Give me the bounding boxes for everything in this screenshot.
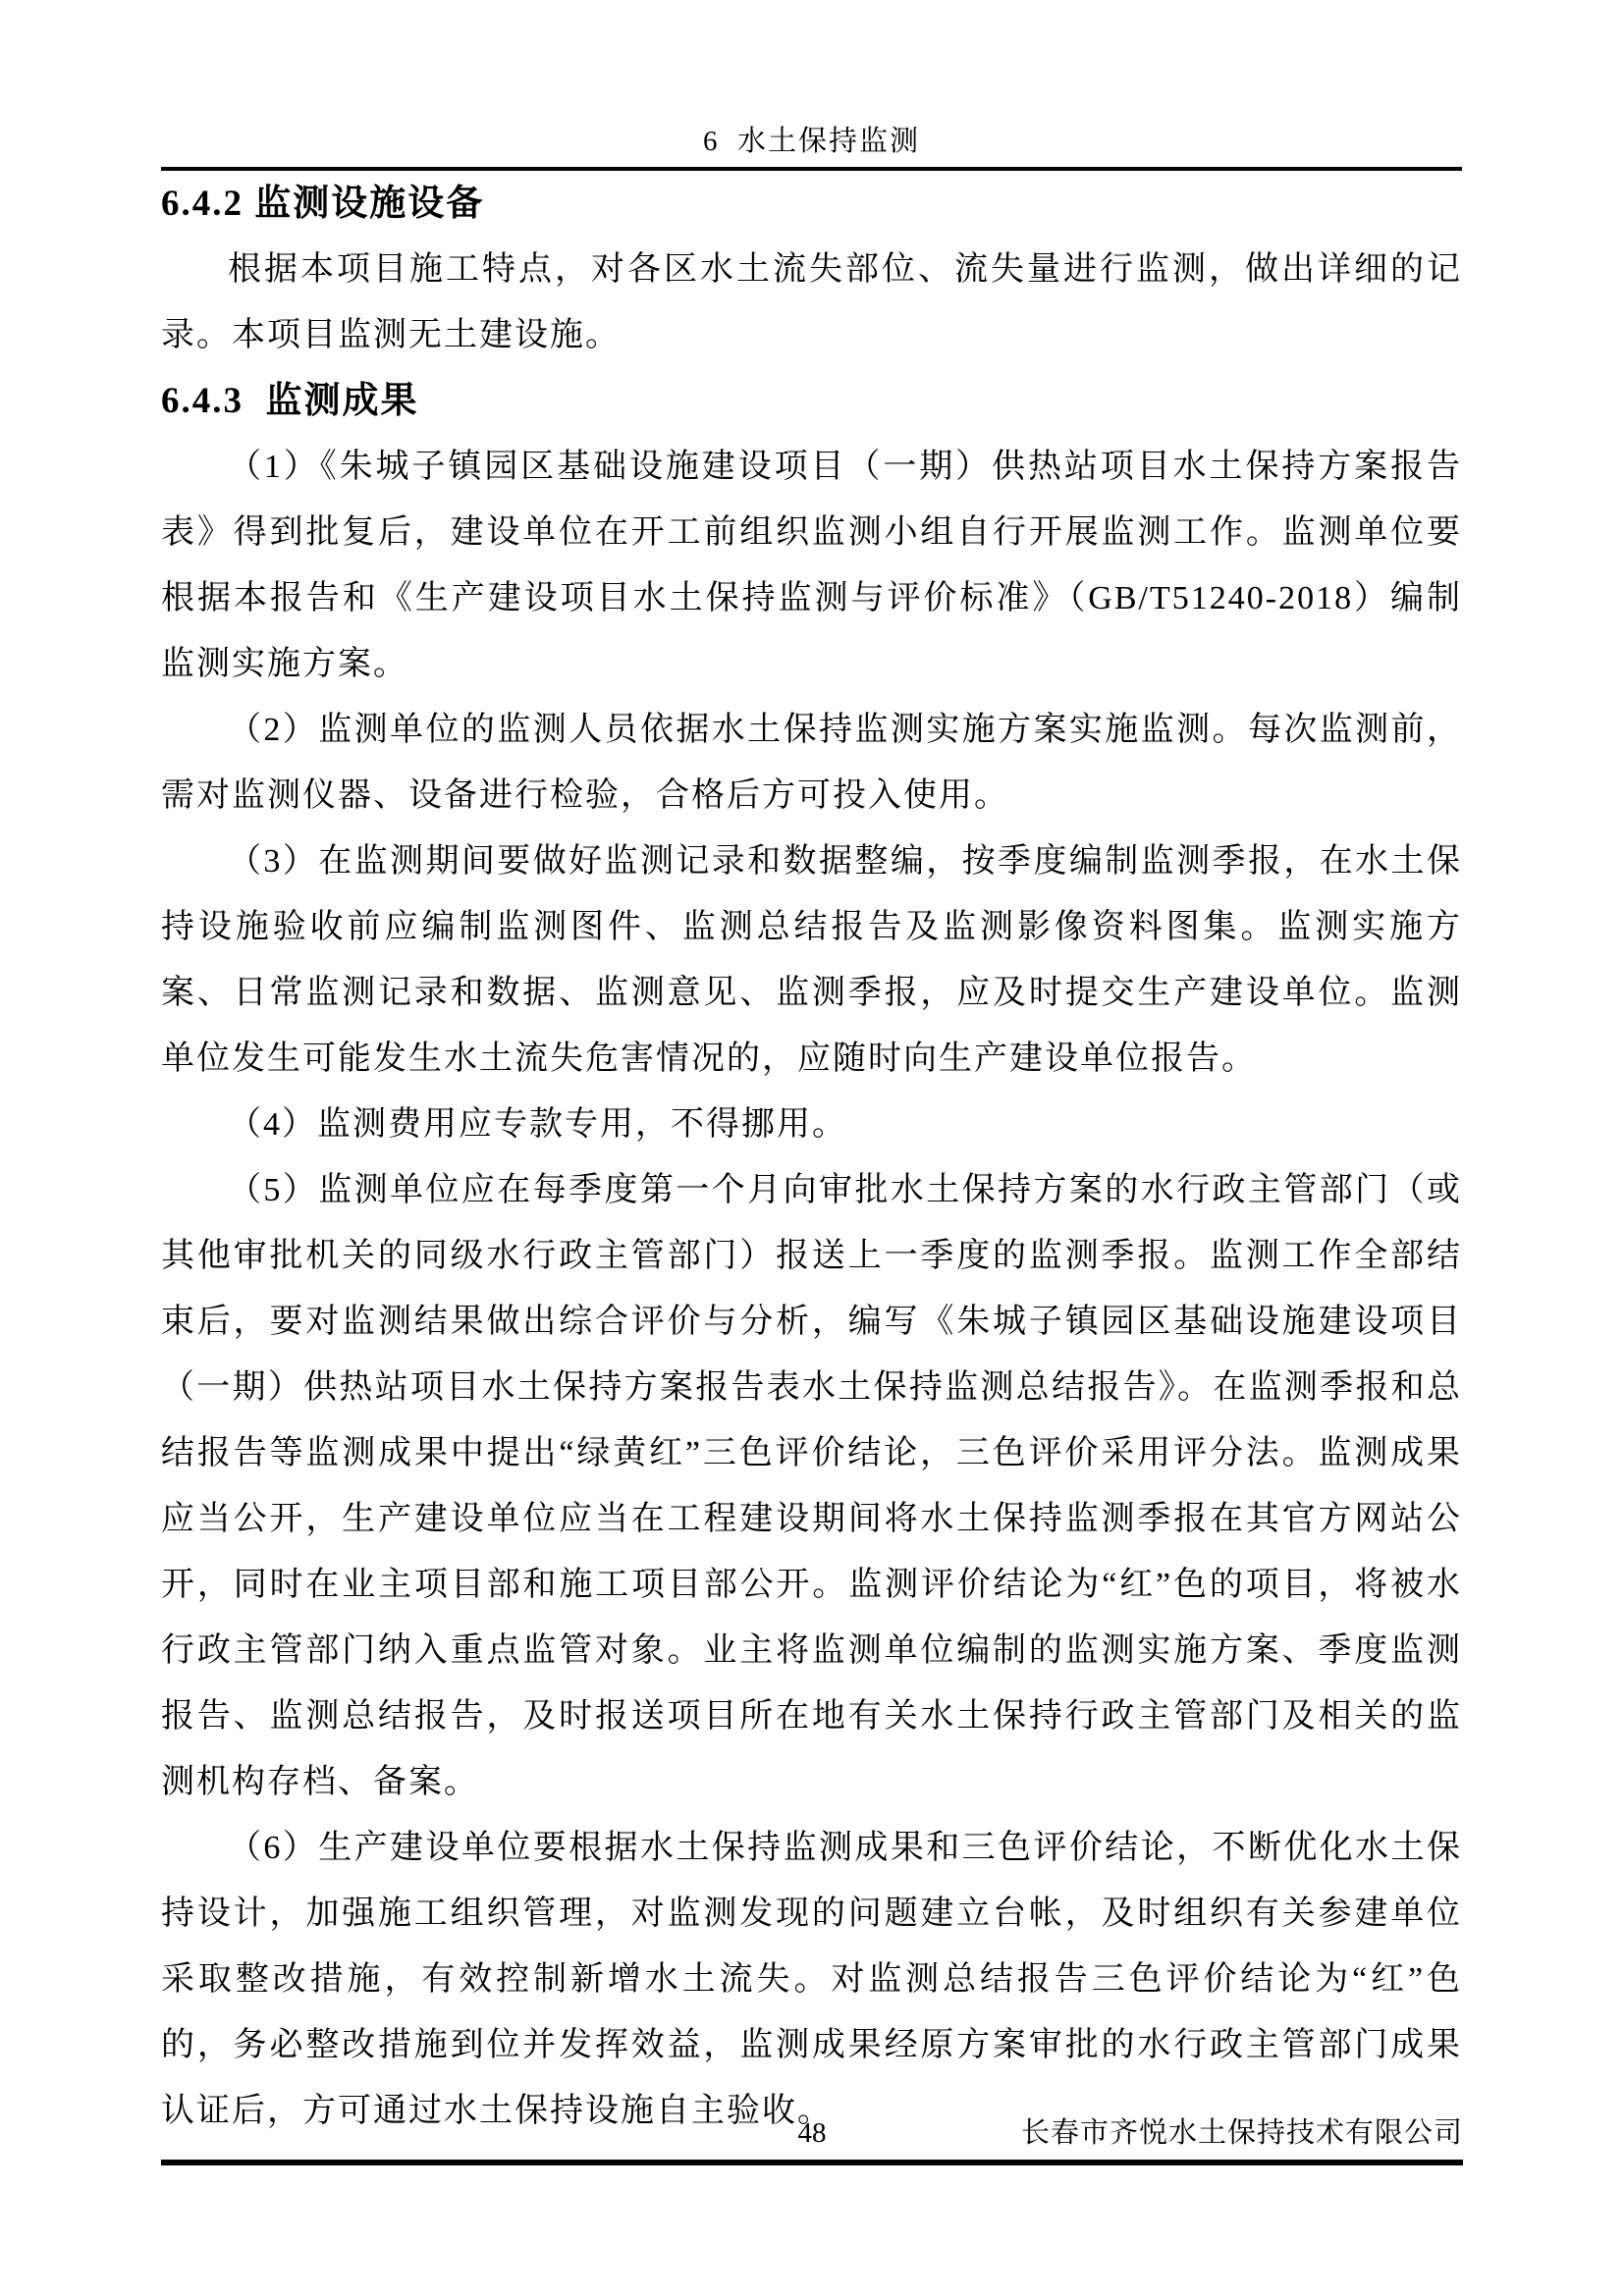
page-footer: 48 长春市齐悦水土保持技术有限公司 (161, 2112, 1463, 2165)
paragraph-643-6: （6）生产建设单位要根据水土保持监测成果和三色评价结论，不断优化水土保持设计，加… (161, 1815, 1462, 2144)
section-heading-643: 6.4.3 监测成果 (161, 368, 1462, 434)
paragraph-643-4: （4）监测费用应专款专用，不得挪用。 (161, 1092, 1462, 1157)
paragraph-643-2: （2）监测单位的监测人员依据水土保持监测实施方案实施监测。每次监测前，需对监测仪… (161, 697, 1462, 828)
footer-rule (161, 2160, 1463, 2165)
page-header: 6 水土保持监测 (0, 0, 1624, 171)
section-heading-642: 6.4.2 监测设施设备 (161, 171, 1462, 237)
footer-company: 长春市齐悦水土保持技术有限公司 (1021, 2112, 1463, 2154)
paragraph-643-5: （5）监测单位应在每季度第一个月向审批水土保持方案的水行政主管部门（或其他审批机… (161, 1157, 1462, 1815)
footer-text-row: 48 长春市齐悦水土保持技术有限公司 (161, 2112, 1463, 2154)
paragraph-643-1: （1）《朱城子镇园区基础设施建设项目（一期）供热站项目水土保持方案报告表》得到批… (161, 434, 1462, 697)
document-body: 6.4.2 监测设施设备 根据本项目施工特点，对各区水土流失部位、流失量进行监测… (0, 171, 1624, 2144)
header-title: 6 水土保持监测 (161, 124, 1462, 159)
paragraph-642-1: 根据本项目施工特点，对各区水土流失部位、流失量进行监测，做出详细的记录。本项目监… (161, 237, 1462, 368)
document-page: 6 水土保持监测 6.4.2 监测设施设备 根据本项目施工特点，对各区水土流失部… (0, 0, 1624, 2296)
paragraph-643-3: （3）在监测期间要做好监测记录和数据整编，按季度编制监测季报，在水土保持设施验收… (161, 828, 1462, 1092)
